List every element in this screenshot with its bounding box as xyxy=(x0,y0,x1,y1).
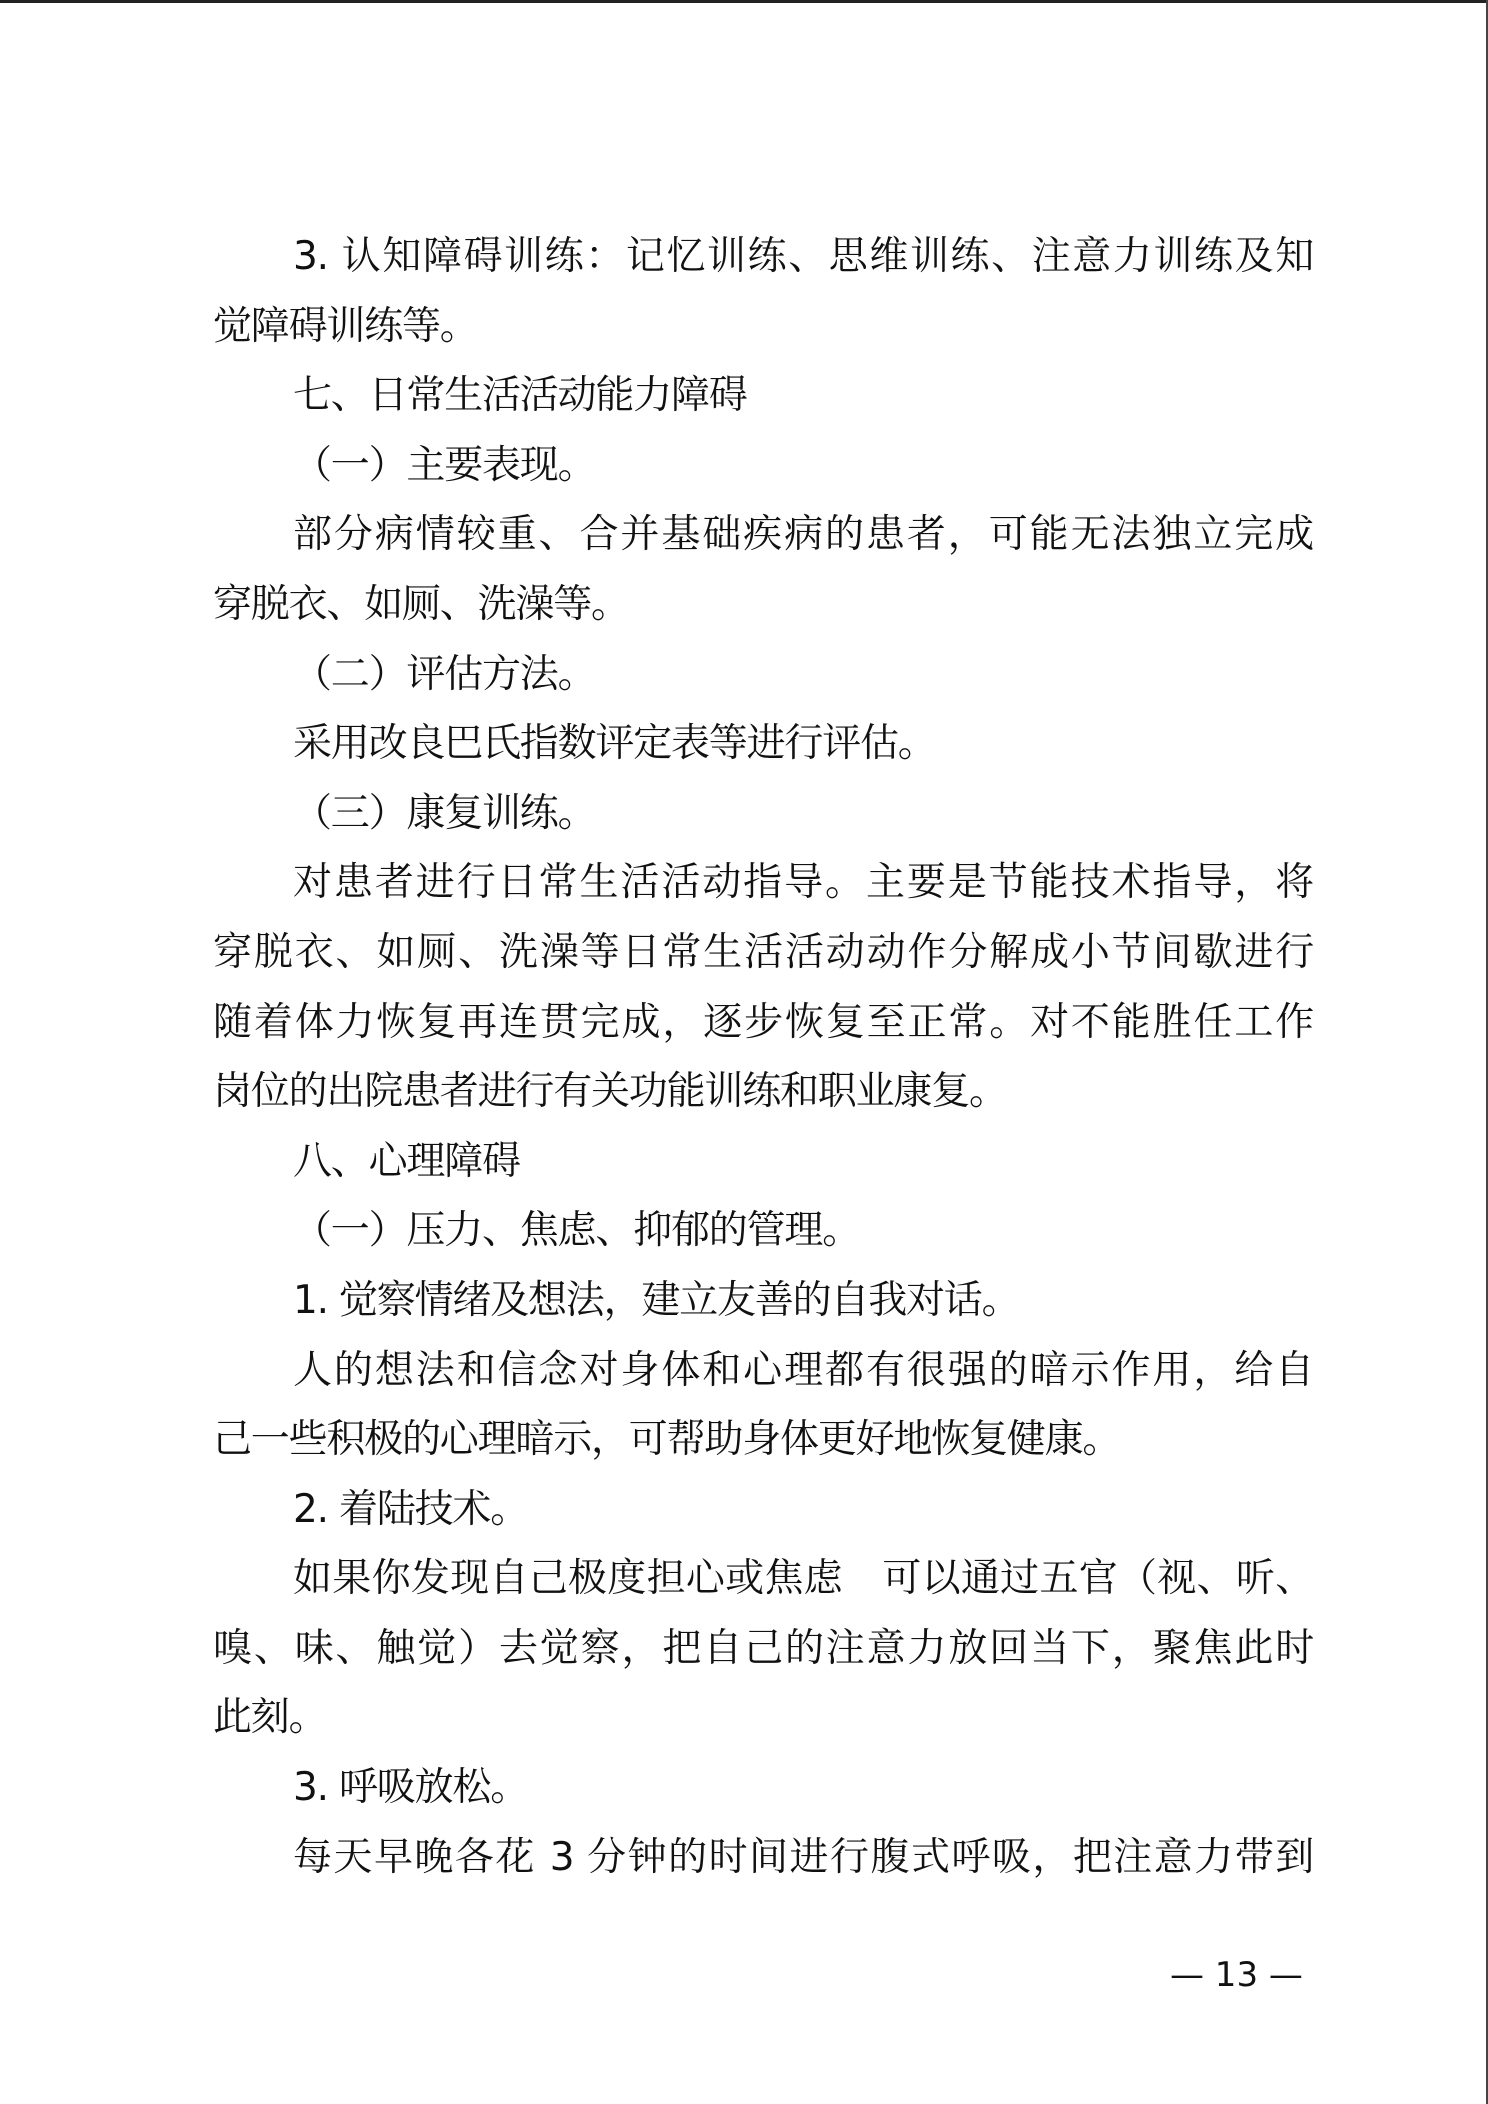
paragraph-line: 如果你发现自己极度担心或焦虑 可以通过五官（视、听、 xyxy=(213,1544,1313,1614)
subheading-stress-management: （一）压力、焦虑、抑郁的管理。 xyxy=(213,1196,1313,1266)
section-heading-psychological: 八、心理障碍 xyxy=(213,1127,1313,1197)
subheading-main-manifestations: （一）主要表现。 xyxy=(213,431,1313,501)
subheading-assessment-method: （二）评估方法。 xyxy=(213,640,1313,710)
page-number: — 13 — xyxy=(1170,1955,1303,1995)
section-heading-adl: 七、日常生活活动能力障碍 xyxy=(213,361,1313,431)
page-top-border xyxy=(0,0,1488,3)
list-item-grounding: 2. 着陆技术。 xyxy=(213,1475,1313,1545)
paragraph-line: 随着体力恢复再连贯完成，逐步恢复至正常。对不能胜任工作 xyxy=(213,988,1313,1058)
paragraph-continuation: 觉障碍训练等。 xyxy=(213,292,1313,362)
paragraph-line: 部分病情较重、合并基础疾病的患者，可能无法独立完成 xyxy=(213,500,1313,570)
paragraph-line: 采用改良巴氏指数评定表等进行评估。 xyxy=(213,709,1313,779)
document-body: 3. 认知障碍训练：记忆训练、思维训练、注意力训练及知 觉障碍训练等。 七、日常… xyxy=(213,222,1313,1892)
list-item-breathing: 3. 呼吸放松。 xyxy=(213,1753,1313,1823)
paragraph-continuation: 岗位的出院患者进行有关功能训练和职业康复。 xyxy=(213,1057,1313,1127)
list-item-cognitive-training: 3. 认知障碍训练：记忆训练、思维训练、注意力训练及知 xyxy=(213,222,1313,292)
paragraph-line: 对患者进行日常生活活动指导。主要是节能技术指导，将 xyxy=(213,848,1313,918)
subheading-rehab-training: （三）康复训练。 xyxy=(213,779,1313,849)
paragraph-continuation: 此刻。 xyxy=(213,1683,1313,1753)
list-item-awareness: 1. 觉察情绪及想法，建立友善的自我对话。 xyxy=(213,1266,1313,1336)
paragraph-continuation: 穿脱衣、如厕、洗澡等。 xyxy=(213,570,1313,640)
paragraph-line: 嗅、味、触觉）去觉察，把自己的注意力放回当下，聚焦此时 xyxy=(213,1614,1313,1684)
paragraph-line: 穿脱衣、如厕、洗澡等日常生活活动动作分解成小节间歇进行 xyxy=(213,918,1313,988)
paragraph-line: 每天早晚各花 3 分钟的时间进行腹式呼吸，把注意力带到 xyxy=(213,1823,1313,1893)
paragraph-line: 人的想法和信念对身体和心理都有很强的暗示作用，给自 xyxy=(213,1336,1313,1406)
paragraph-continuation: 己一些积极的心理暗示，可帮助身体更好地恢复健康。 xyxy=(213,1405,1313,1475)
